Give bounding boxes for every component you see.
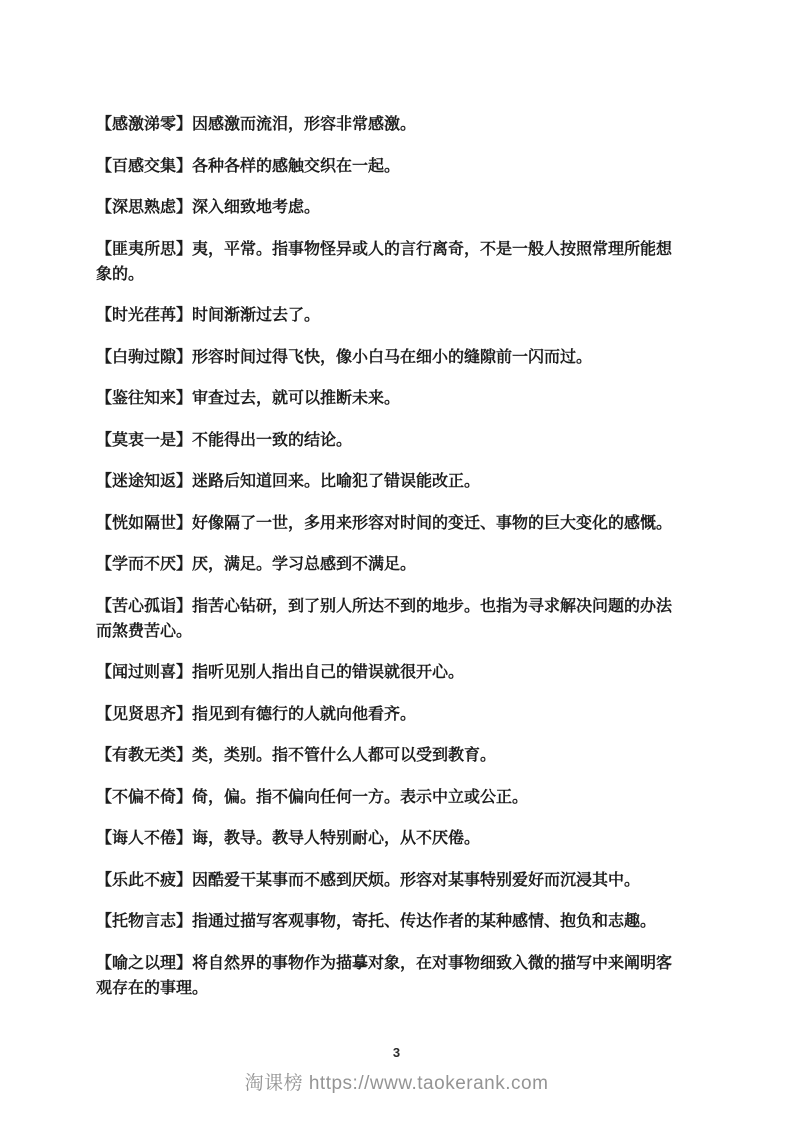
- idiom-definition: 不能得出一致的结论。: [192, 432, 352, 449]
- idiom-term: 【迷途知返】: [96, 473, 192, 490]
- idiom-term: 【恍如隔世】: [96, 515, 192, 532]
- idiom-term: 【百感交集】: [96, 158, 192, 175]
- idiom-term: 【不偏不倚】: [96, 789, 192, 806]
- idiom-term: 【见贤思齐】: [96, 706, 192, 723]
- idiom-entry: 【时光荏苒】时间渐渐过去了。: [96, 303, 678, 328]
- idiom-definition: 好像隔了一世，多用来形容对时间的变迁、事物的巨大变化的感慨。: [192, 515, 672, 532]
- idiom-definition: 指听见别人指出自己的错误就很开心。: [192, 664, 464, 681]
- idiom-term: 【感激涕零】: [96, 116, 192, 133]
- idiom-entry: 【莫衷一是】不能得出一致的结论。: [96, 428, 678, 453]
- idiom-definition: 深入细致地考虑。: [192, 199, 320, 216]
- idiom-entry: 【感激涕零】因感激而流泪，形容非常感激。: [96, 112, 678, 137]
- idiom-entry: 【白驹过隙】形容时间过得飞快，像小白马在细小的缝隙前一闪而过。: [96, 345, 678, 370]
- idiom-term: 【闻过则喜】: [96, 664, 192, 681]
- idiom-entry: 【百感交集】各种各样的感触交织在一起。: [96, 154, 678, 179]
- idiom-entry: 【不偏不倚】倚，偏。指不偏向任何一方。表示中立或公正。: [96, 785, 678, 810]
- idiom-entry: 【见贤思齐】指见到有德行的人就向他看齐。: [96, 702, 678, 727]
- idiom-definition: 指通过描写客观事物，寄托、传达作者的某种感情、抱负和志趣。: [192, 913, 656, 930]
- idiom-term: 【诲人不倦】: [96, 830, 192, 847]
- idiom-term: 【喻之以理】: [96, 955, 192, 972]
- idiom-definition: 因感激而流泪，形容非常感激。: [192, 116, 416, 133]
- idiom-term: 【鉴往知来】: [96, 390, 192, 407]
- idiom-entry: 【恍如隔世】好像隔了一世，多用来形容对时间的变迁、事物的巨大变化的感慨。: [96, 511, 678, 536]
- idiom-definition: 诲，教导。教导人特别耐心，从不厌倦。: [192, 830, 480, 847]
- document-body: 【感激涕零】因感激而流泪，形容非常感激。 【百感交集】各种各样的感触交织在一起。…: [96, 112, 678, 1017]
- idiom-entry: 【喻之以理】将自然界的事物作为描摹对象，在对事物细致入微的描写中来阐明客观存在的…: [96, 951, 678, 1001]
- idiom-term: 【深思熟虑】: [96, 199, 192, 216]
- idiom-definition: 类，类别。指不管什么人都可以受到教育。: [192, 747, 496, 764]
- idiom-definition: 形容时间过得飞快，像小白马在细小的缝隙前一闪而过。: [192, 349, 592, 366]
- idiom-definition: 指见到有德行的人就向他看齐。: [192, 706, 416, 723]
- idiom-entry: 【苦心孤诣】指苦心钻研，到了别人所达不到的地步。也指为寻求解决问题的办法而煞费苦…: [96, 594, 678, 644]
- idiom-term: 【苦心孤诣】: [96, 598, 192, 615]
- idiom-entry: 【匪夷所思】夷，平常。指事物怪异或人的言行离奇，不是一般人按照常理所能想象的。: [96, 237, 678, 287]
- idiom-entry: 【乐此不疲】因酷爱干某事而不感到厌烦。形容对某事特别爱好而沉浸其中。: [96, 868, 678, 893]
- document-page: 【感激涕零】因感激而流泪，形容非常感激。 【百感交集】各种各样的感触交织在一起。…: [0, 0, 793, 1122]
- page-number: 3: [0, 1045, 793, 1060]
- idiom-term: 【时光荏苒】: [96, 307, 192, 324]
- idiom-term: 【学而不厌】: [96, 556, 192, 573]
- idiom-term: 【白驹过隙】: [96, 349, 192, 366]
- idiom-entry: 【深思熟虑】深入细致地考虑。: [96, 195, 678, 220]
- idiom-definition: 倚，偏。指不偏向任何一方。表示中立或公正。: [192, 789, 528, 806]
- idiom-entry: 【迷途知返】迷路后知道回来。比喻犯了错误能改正。: [96, 469, 678, 494]
- idiom-entry: 【鉴往知来】审查过去，就可以推断未来。: [96, 386, 678, 411]
- idiom-entry: 【托物言志】指通过描写客观事物，寄托、传达作者的某种感情、抱负和志趣。: [96, 909, 678, 934]
- idiom-term: 【莫衷一是】: [96, 432, 192, 449]
- idiom-definition: 因酷爱干某事而不感到厌烦。形容对某事特别爱好而沉浸其中。: [192, 872, 640, 889]
- idiom-definition: 各种各样的感触交织在一起。: [192, 158, 400, 175]
- idiom-term: 【有教无类】: [96, 747, 192, 764]
- idiom-definition: 时间渐渐过去了。: [192, 307, 320, 324]
- watermark-text: 淘课榜 https://www.taokerank.com: [0, 1072, 793, 1096]
- idiom-entry: 【学而不厌】厌，满足。学习总感到不满足。: [96, 552, 678, 577]
- idiom-entry: 【诲人不倦】诲，教导。教导人特别耐心，从不厌倦。: [96, 826, 678, 851]
- idiom-term: 【匪夷所思】: [96, 241, 192, 258]
- idiom-term: 【乐此不疲】: [96, 872, 192, 889]
- idiom-definition: 迷路后知道回来。比喻犯了错误能改正。: [192, 473, 480, 490]
- idiom-entry: 【有教无类】类，类别。指不管什么人都可以受到教育。: [96, 743, 678, 768]
- idiom-definition: 厌，满足。学习总感到不满足。: [192, 556, 416, 573]
- idiom-definition: 审查过去，就可以推断未来。: [192, 390, 400, 407]
- idiom-term: 【托物言志】: [96, 913, 192, 930]
- idiom-entry: 【闻过则喜】指听见别人指出自己的错误就很开心。: [96, 660, 678, 685]
